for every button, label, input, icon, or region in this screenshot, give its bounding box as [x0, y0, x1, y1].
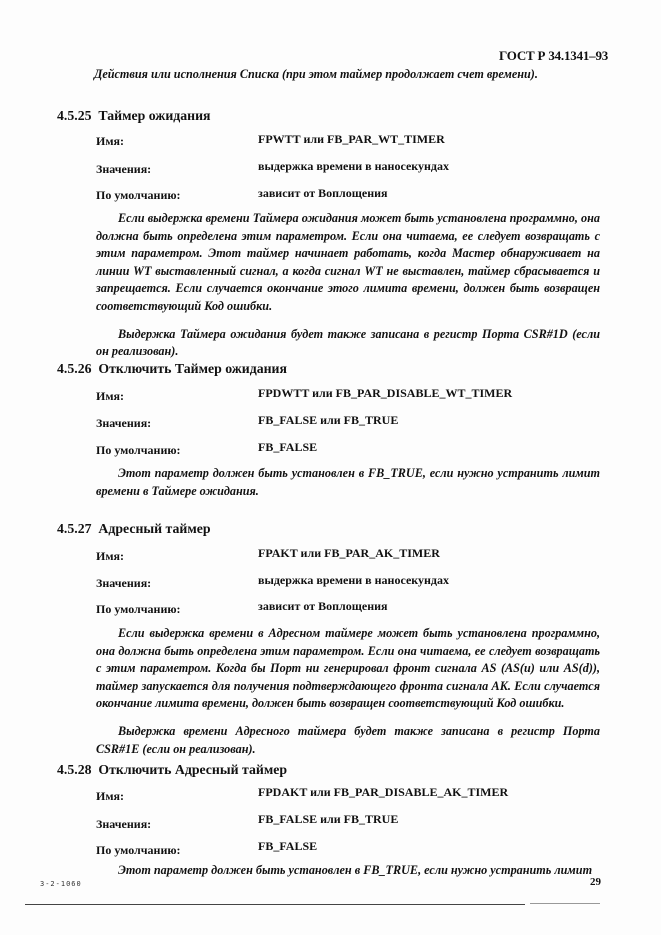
default-label: По умолчанию: [96, 602, 181, 617]
section-heading-4-5-26: 4.5.26 Отключить Таймер ожидания [57, 361, 287, 377]
paragraph: Если выдержка времени Таймера ожидания м… [96, 210, 600, 316]
values-value: выдержка времени в наносекундах [258, 159, 449, 174]
default-label: По умолчанию: [96, 843, 181, 858]
section-number: 4.5.26 [57, 361, 92, 376]
default-label: По умолчанию: [96, 443, 181, 458]
footer-rule [25, 904, 525, 905]
paragraph: Этот параметр должен быть установлен в F… [96, 465, 600, 500]
default-value: FB_FALSE [258, 440, 317, 455]
default-value: зависит от Воплощения [258, 186, 388, 201]
section-number: 4.5.25 [57, 108, 92, 123]
section-title: Адресный таймер [98, 521, 210, 536]
section-title: Таймер ожидания [98, 108, 210, 123]
paragraph: Этот параметр должен быть установлен в F… [96, 862, 600, 880]
section-heading-4-5-27: 4.5.27 Адресный таймер [57, 521, 211, 537]
name-label: Имя: [96, 389, 124, 404]
name-label: Имя: [96, 789, 124, 804]
paragraph: Если выдержка времени в Адресном таймере… [96, 625, 600, 713]
default-label: По умолчанию: [96, 188, 181, 203]
values-value: FB_FALSE или FB_TRUE [258, 812, 398, 827]
default-value: FB_FALSE [258, 839, 317, 854]
section-body: Если выдержка времени Таймера ожидания м… [96, 210, 600, 361]
name-value: FPAKT или FB_PAR_AK_TIMER [258, 546, 440, 561]
name-value: FPWTT или FB_PAR_WT_TIMER [258, 132, 445, 147]
name-value: FPDWTT или FB_PAR_DISABLE_WT_TIMER [258, 386, 512, 401]
page-number: 29 [590, 876, 601, 888]
section-body: Этот параметр должен быть установлен в F… [96, 862, 600, 880]
values-value: FB_FALSE или FB_TRUE [258, 413, 398, 428]
print-code: 3-2-1060 [40, 880, 82, 888]
name-value: FPDAKT или FB_PAR_DISABLE_AK_TIMER [258, 785, 508, 800]
name-label: Имя: [96, 549, 124, 564]
values-value: выдержка времени в наносекундах [258, 573, 449, 588]
section-body: Этот параметр должен быть установлен в F… [96, 465, 600, 500]
section-number: 4.5.27 [57, 521, 92, 536]
values-label: Значения: [96, 576, 151, 591]
section-heading-4-5-25: 4.5.25 Таймер ожидания [57, 108, 211, 124]
paragraph: Выдержка Таймера ожидания будет также за… [96, 326, 600, 361]
footer-rule-faint [530, 903, 600, 904]
section-title: Отключить Таймер ожидания [98, 361, 287, 376]
paragraph: Выдержка времени Адресного таймера будет… [96, 723, 600, 758]
continuation-text: Действия или исполнения Списка (при этом… [94, 66, 538, 84]
section-number: 4.5.28 [57, 762, 92, 777]
values-label: Значения: [96, 416, 151, 431]
values-label: Значения: [96, 162, 151, 177]
section-body: Если выдержка времени в Адресном таймере… [96, 625, 600, 758]
default-value: зависит от Воплощения [258, 599, 388, 614]
document-id: ГОСТ Р 34.1341–93 [499, 48, 608, 64]
section-title: Отключить Адресный таймер [98, 762, 287, 777]
name-label: Имя: [96, 134, 124, 149]
section-heading-4-5-28: 4.5.28 Отключить Адресный таймер [57, 762, 287, 778]
values-label: Значения: [96, 817, 151, 832]
